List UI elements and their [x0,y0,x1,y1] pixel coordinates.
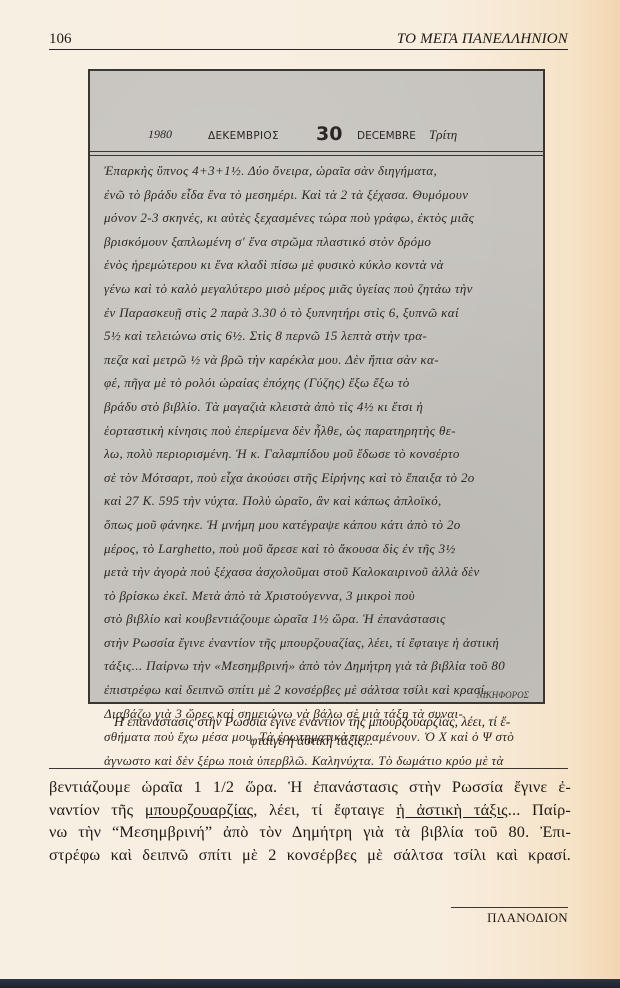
caption-line-1: Ἡ ἐπανάστασις στὴν Ρωσσία ἔγινε ἐναντίον… [70,712,553,731]
handwritten-line: φέ, πῆγα μὲ τὸ ρολόι ὡραίας ἐπόχης (Γύζη… [104,371,533,395]
handwritten-line: ἐν Παρασκευῇ στὶς 2 παρὰ 3.30 ὁ τὸ ξυπνη… [104,301,533,325]
signature-rule [451,907,568,908]
calendar-double-rule [90,151,543,156]
handwritten-line: μόνον 2-3 σκηνές, κι αὐτὲς ξεχασμένες τώ… [104,206,533,230]
handwritten-line: ἑορταστικὴ κίνησις ποὺ ἐπερίμενα δὲν ἦλθ… [104,419,533,443]
calendar-month-other: DECEMBRE [357,130,416,142]
handwritten-line: βράδυ στὸ βιβλίο. Τὰ μαγαζιὰ κλειστὰ ἀπὸ… [104,395,533,419]
handwritten-line: στὸ βιβλίο καὶ κουβεντιάζουμε ὡραῖα 1½ ὥ… [104,607,533,631]
handwritten-line: Ἐπαρκὴς ὕπνος 4+3+1½. Δύο ὄνειρα, ὡραῖα … [104,159,533,183]
underlined-term-bourgeoisie: μπουρζουαρζίας [145,800,253,819]
handwritten-line: σὲ τὸν Μότσαρτ, ποὺ εἶχα ἀκούσει στῆς Εἰ… [104,466,533,490]
running-header: 106 ΤΟ ΜΕΓΑ ΠΑΝΕΛΛΗΝΙΟΝ [49,27,568,50]
author-signature: ΠΛΑΝΟΔΙΟΝ [487,910,568,926]
handwritten-line: ἐνῶ τὸ βράδυ εἶδα ἕνα τὸ μεσημέρι. Καὶ τ… [104,183,533,207]
handwritten-line: γένω καὶ τὸ καλὸ μεγαλύτερο μισὸ μέρος μ… [104,277,533,301]
diary-page-figure: 1980 ΔΕΚΕΜΒΡΙΟΣ 30 DECEMBRE Τρίτη Ἐπαρκὴ… [88,69,545,704]
body-line-1: βεντιάζουμε ὡραῖα 1 1/2 ὥρα. Ἡ ἐπανάστασ… [49,776,571,799]
text-run: ... Παίρ- [508,800,571,819]
handwritten-line: ἐπιστρέφω καὶ δειπνῶ σπίτι μὲ 2 κονσέρβε… [104,678,533,702]
body-line-2: ναντίον τῆς μπουρζουαρζίας, λέει, τί ἔφτ… [49,799,571,822]
text-run: ναντίον τῆς [49,800,145,819]
handwritten-line: στὴν Ρωσσία ἔγινε ἐναντίον τῆς μπουρζουα… [104,631,533,655]
underlined-term-bourgeois-class: ἡ ἀστικὴ τάξις [396,800,508,819]
body-paragraph: βεντιάζουμε ὡραῖα 1 1/2 ὥρα. Ἡ ἐπανάστασ… [49,776,571,867]
handwritten-line: μέρος, τὸ Larghetto, ποὺ μοῦ ἄρεσε καὶ τ… [104,537,533,561]
handwritten-line: λω, πολὺ περιορισμένη. Ἡ κ. Γαλαμπίδου μ… [104,442,533,466]
body-line-4: στρέφω καὶ δειπνῶ σπίτι μὲ 2 κονσέρβες μ… [49,844,571,867]
handwritten-line: τὸ βρίσκω ἐκεῖ. Μετὰ ἀπὸ τὰ Χριστούγεννα… [104,584,533,608]
running-title: ΤΟ ΜΕΓΑ ΠΑΝΕΛΛΗΝΙΟΝ [397,31,568,48]
body-line-3: νω τὴν “Μεσημβρινή” ἀπὸ τὸν Δημήτρη γιὰ … [49,821,571,844]
calendar-day-number: 30 [316,123,342,145]
handwritten-line: πεζα καὶ μετρῶ ½ νὰ βρῶ τὴν καρέκλα μου.… [104,348,533,372]
handwritten-diary-text: Ἐπαρκὴς ὕπνος 4+3+1½. Δύο ὄνειρα, ὡραῖα … [104,159,533,772]
handwritten-weekday: Τρίτη [429,127,457,143]
handwritten-line: 5½ καὶ τελειώνω στὶς 6½. Στὶς 8 περνῶ 15… [104,324,533,348]
calendar-month-greek: ΔΕΚΕΜΒΡΙΟΣ [208,130,279,142]
handwritten-signature: ΝΙΚΗΦΟΡΟΣ [477,690,529,700]
handwritten-line: μετὰ τὴν ἀγορὰ ποὺ ξέχασα ἀσχολοῦμαι στο… [104,560,533,584]
handwritten-line: καὶ 27 Κ. 595 τὴν νύχτα. Πολὺ ὡραῖο, ἂν … [104,489,533,513]
page-number: 106 [49,31,72,48]
caption-line-2: φταιγε ἡ ἀστικὴ τάξις... [70,731,553,750]
handwritten-year: 1980 [148,127,172,142]
handwritten-line: ὅπως μοῦ φάνηκε. Ἡ μνήμη μου κατέγραψε κ… [104,513,533,537]
handwritten-line: ἑνὸς ἠρεμώτερου κι ἕνα κλαδὶ πίσω μὲ φυσ… [104,253,533,277]
figure-caption: Ἡ ἐπανάστασις στὴν Ρωσσία ἔγινε ἐναντίον… [70,712,553,750]
handwritten-line: βρισκόμουν ξαπλωμένη σ' ἕνα στρῶμα πλαστ… [104,230,533,254]
section-divider [49,768,568,769]
handwritten-line: τάξις... Παίρνω τὴν «Μεσημβρινή» ἀπὸ τὸν… [104,654,533,678]
scan-bottom-edge [0,979,620,988]
text-run: , λέει, τί ἔφταιγε [253,800,396,819]
calendar-date-header: 1980 ΔΕΚΕΜΒΡΙΟΣ 30 DECEMBRE Τρίτη [90,127,543,147]
